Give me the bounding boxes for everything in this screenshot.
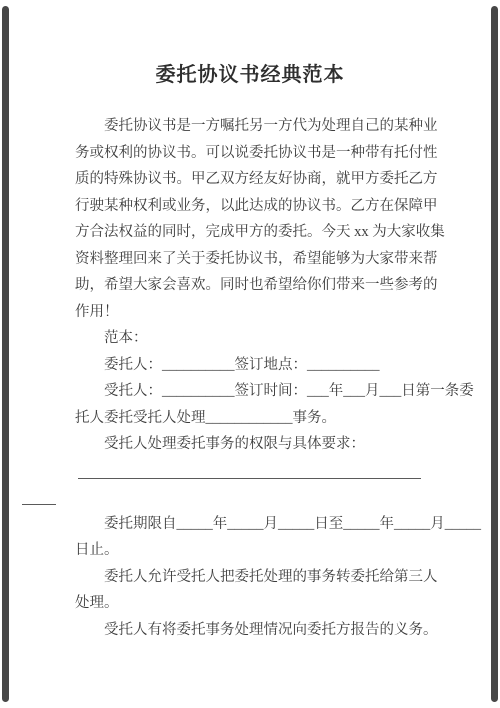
left-edge-bar [2, 6, 9, 702]
text-line: 方合法权益的同时，完成甲方的委托。今天 xx 为大家收集 [75, 219, 500, 246]
text-line: 受托人：__________签订时间：___年___月___日第一条委 [75, 378, 500, 405]
text-line: 委托期限自_____年_____月_____日至_____年_____月____… [75, 511, 500, 538]
text-line: 委托人允许受托人把委托处理的事务转委托给第三人 [75, 564, 500, 591]
text-line: 助，希望大家会喜欢。同时也希望给你们带来一些参考的 [75, 272, 500, 299]
text-line: 委托协议书是一方嘱托另一方代为处理自己的某种业 [75, 113, 500, 140]
text-line: 行驶某种权利或业务，以此达成的协议书。乙方在保障甲 [75, 193, 500, 220]
fill-in-blank-line [75, 484, 500, 511]
text-line: 委托人：__________签订地点：__________ [75, 352, 500, 379]
text-line: 资料整理回来了关于委托协议书，希望能够为大家带来帮 [75, 246, 500, 273]
document-body: 委托协议书是一方嘱托另一方代为处理自己的某种业务或权利的协议书。可以说委托协议书… [75, 113, 500, 643]
text-line: 托人委托受托人处理____________事务。 [75, 405, 500, 432]
document-title: 委托协议书经典范本 [0, 58, 500, 87]
text-line: 范本： [75, 325, 500, 352]
blank-rule [78, 458, 421, 479]
text-line: 受托人有将委托事务处理情况向委托方报告的义务。 [75, 617, 500, 644]
text-line: 质的特殊协议书。甲乙双方经友好协商，就甲方委托乙方 [75, 166, 500, 193]
fill-in-blank-line [75, 458, 500, 485]
blank-rule [22, 484, 56, 505]
text-line: 受托人处理委托事务的权限与具体要求： [75, 431, 500, 458]
text-line: 日止。 [75, 537, 500, 564]
document-page: 委托协议书经典范本 委托协议书是一方嘱托另一方代为处理自己的某种业务或权利的协议… [0, 0, 500, 708]
text-line: 作用！ [75, 299, 500, 326]
text-line: 处理。 [75, 590, 500, 617]
text-line: 务或权利的协议书。可以说委托协议书是一种带有托付性 [75, 140, 500, 167]
